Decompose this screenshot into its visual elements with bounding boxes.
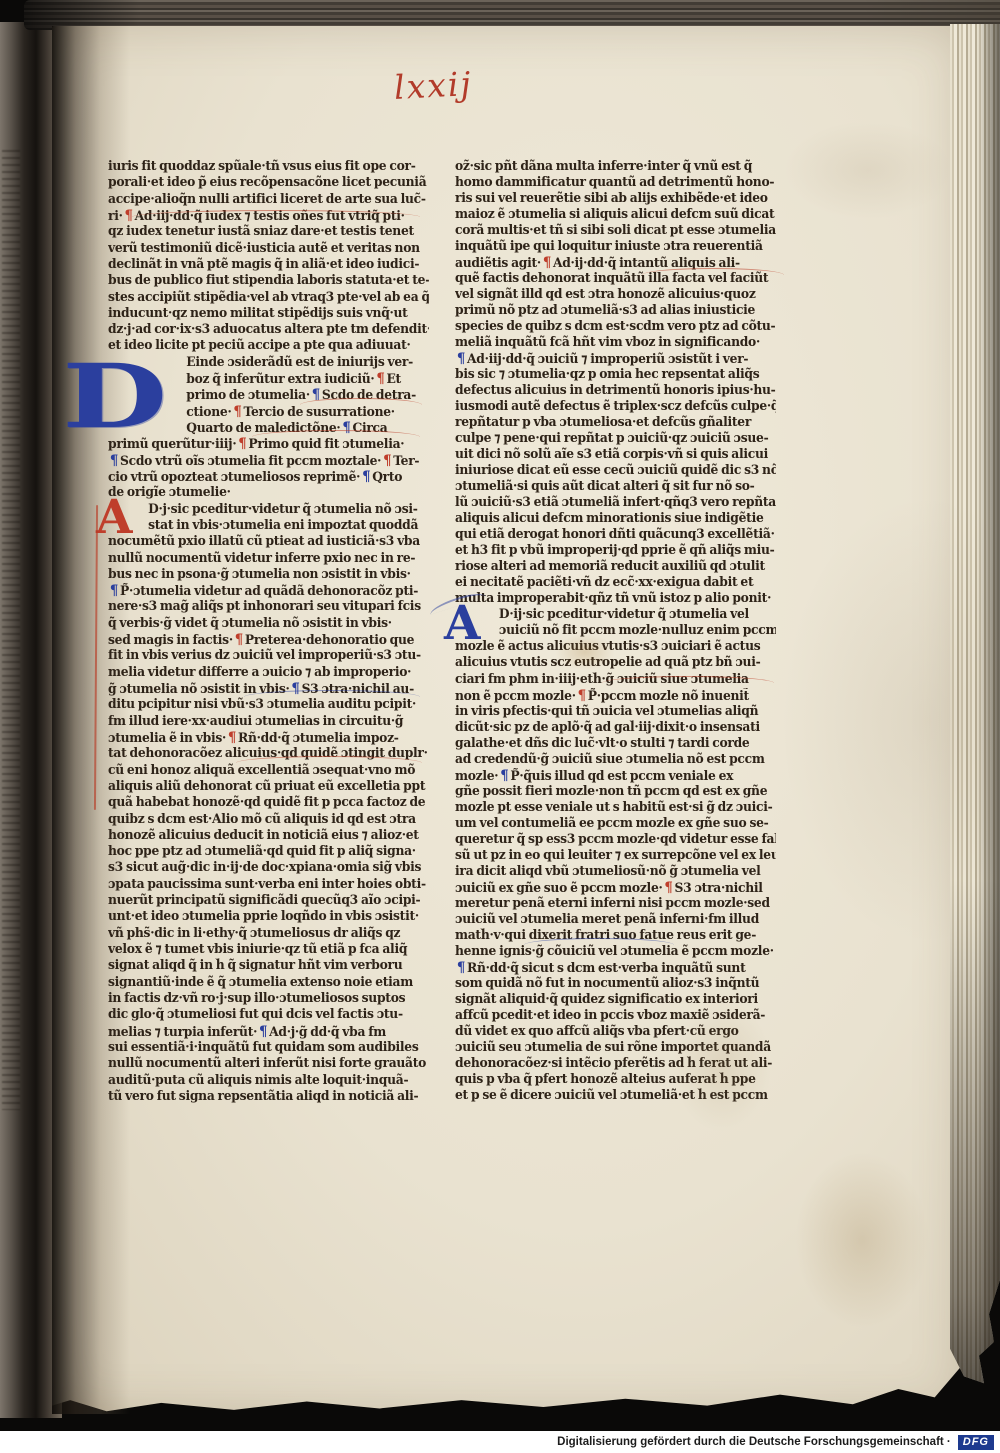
- paragraph-mark-red: ¶: [233, 632, 245, 648]
- text-line: ɔuiciũ vel ɔtumelia meret̃ penã inferni·…: [455, 912, 776, 928]
- paragraph-mark-blue: ¶: [455, 351, 467, 367]
- text-line: iusmodi autẽ defectus ẽ triplex·scz defc…: [455, 399, 776, 415]
- illuminated-initial-d-blue: D: [62, 356, 167, 436]
- text-line: declinãt in vnã ptẽ magis q̃ in aliã·et …: [108, 257, 429, 273]
- text-line: fm illud iere·xx·audiui ɔtumelias in cir…: [108, 714, 429, 730]
- text-line: honozẽ alicuius deducit in noticiã eius …: [108, 828, 429, 844]
- text-line: primũ nõ ptz ad ɔtumeliã·s3 ad alias ini…: [455, 303, 776, 319]
- text-column-right: oz̃·sic pñt dãna multa inferre·inter q̃ …: [455, 159, 791, 1104]
- text-line: ¶Ad·iij·dd·q̃ ɔuiciũ ⁊ improperiũ ɔsistũ…: [455, 351, 776, 367]
- text-line: ɔtumeliã·si quis aũt dicat alteri q̃ sit…: [455, 479, 776, 495]
- text-line: mozle·¶P̃·q̃uis illud qd est pccm venial…: [455, 768, 776, 784]
- text-line: cio vtrũ opozteat ɔtumeliosos reprimẽ·¶Q…: [108, 469, 429, 485]
- digitization-credit-text: Digitalisierung gefördert durch die Deut…: [557, 1436, 951, 1448]
- text-line: ¶Rñ·dd·q̃ sicut s dcm est·verba inquãtũ …: [455, 960, 776, 976]
- text-line: signantiũ·inde ẽ q̃ ɔtumelia extenso noi…: [108, 975, 429, 991]
- digitized-manuscript-scan: { "folio": "lxxij", "initials": { "left_…: [0, 0, 1000, 1453]
- text-line: ditu pcipitur nisi vbũ·s3 ɔtumelia audit…: [108, 697, 429, 713]
- text-line: ɔuiciũ seu ɔtumelia de sui rõne importet…: [455, 1040, 776, 1056]
- dfg-logo: DFG: [958, 1435, 994, 1450]
- paragraph-mark-blue: ¶: [257, 1024, 269, 1040]
- text-line: q̃ verbis·g̃ videt̃ q̃ ɔtumelia nõ ɔsist…: [108, 616, 429, 632]
- text-line: um vel contumeliã ee pccm mozle ex gñe s…: [455, 816, 776, 832]
- text-line: meretur penã eterni inferni nisi pccm mo…: [455, 896, 776, 912]
- text-line: signãt aliquid·q̃ quidez significatio ex…: [455, 992, 776, 1008]
- text-line: ei necitatẽ paciẽti·vñ dz ecc̃·xx·exigua…: [455, 575, 776, 591]
- text-line: tũ vero fut signa repsentãtia aliqd in n…: [108, 1089, 429, 1105]
- text-column-left: iuris fit quoddaz spũale·tñ vsus eius fi…: [108, 159, 444, 1105]
- text-line: g̃ ɔtumelia nõ ɔsistit in vbis·¶S3 ɔtra·…: [108, 681, 429, 697]
- text-line: ris sui vel reuerẽtie sibi ab alijs exhi…: [455, 191, 776, 207]
- text-line: math̃·v·qui dixerit fratri suo fatue reu…: [455, 928, 776, 944]
- paragraph-mark-red: ¶: [123, 208, 135, 224]
- text-line: non ẽ pccm mozle·¶P̃·pccm mozle nõ inuen…: [455, 688, 776, 704]
- text-line: nullũ nocumentũ videtur inferre pxio nec…: [108, 551, 429, 567]
- text-line: melia videtur differre a ɔuicio ⁊ ab imp…: [108, 665, 429, 681]
- paragraph-mark-red: ¶: [381, 453, 393, 469]
- paragraph-mark-red: ¶: [662, 880, 674, 896]
- paragraph-mark-red: ¶: [226, 730, 238, 746]
- footer-bar: Digitalisierung gefördert durch die Deut…: [0, 1431, 1000, 1453]
- text-line: quibz s dcm est·Alio mõ cũ aliquis id qd…: [108, 812, 429, 828]
- text-line: sed magis in factis·¶Preterea·dehonorati…: [108, 632, 429, 648]
- paragraph-mark-blue: ¶: [290, 681, 302, 697]
- text-line: dic glo·q̃ ɔtumeliosi fut qui dcis vel f…: [108, 1007, 429, 1023]
- text-line: vel signãt illd qd est ɔtra honozẽ alicu…: [455, 287, 776, 303]
- text-line: nocumẽtũ pxio illatũ cũ ptieat ad iustic…: [108, 534, 429, 550]
- text-line: ɔtumelia ẽ in vbis·¶Rñ·dd·q̃ ɔtumelia im…: [108, 730, 429, 746]
- text-line: hoc ppe ptz ad ɔtumeliã·qd quid fit p al…: [108, 844, 429, 860]
- text-line: cũ eni honoz aliquã excellentiã ɔsequat̃…: [108, 763, 429, 779]
- text-line: ri·¶Ad·iij·dd·q̃ iudex ⁊ testis oñes fut…: [108, 208, 429, 224]
- text-line: porali·et ideo p̃ eius recõpensacõne lic…: [108, 175, 429, 191]
- text-line: qui etiã derogat honori dñti quãcunq3 ex…: [455, 527, 776, 543]
- text-line: som quidã nõ fut in nocumentũ alioz·s3 i…: [455, 976, 776, 992]
- text-line: lũ ɔuiciũ·s3 etiã ɔtumeliã infert·qñq3 v…: [455, 495, 776, 511]
- text-line: iniuriose dicat eũ esse cecũ ɔuiciũ quid…: [455, 463, 776, 479]
- text-line: nullũ nocumentũ alteri inferũt nisi fort…: [108, 1056, 429, 1072]
- text-line: stes accipiũt stipẽdia·vel ab vtraq3 pte…: [108, 290, 429, 306]
- paragraph-mark-red: ¶: [231, 404, 243, 420]
- text-line: bus nec in psona·g̃ ɔtumelia non ɔsistit…: [108, 567, 429, 583]
- text-line: ɔpata paucissima sunt·verba eni inter ho…: [108, 877, 429, 893]
- paragraph-mark-blue: ¶: [498, 768, 510, 784]
- text-line: galathe·et dñs dic luc̃·vlt·o stulti ⁊ t…: [455, 736, 776, 752]
- text-line: henne ignis·g̃ cõuiciũ vel ɔtumelia ẽ pc…: [455, 944, 776, 960]
- paragraph-mark-blue: ¶: [360, 469, 372, 485]
- text-line: dũ videt̃ ex quo affcũ aliq̃s vba pfert·…: [455, 1024, 776, 1040]
- text-line: nuerũt principatũ significãdi quecũq3 aĩ…: [108, 893, 429, 909]
- text-line: velox ẽ ⁊ tumet vbis iniurie·qz tũ etiã …: [108, 942, 429, 958]
- text-line: in viris pfectis·qui tñ ɔuicia vel ɔtume…: [455, 704, 776, 720]
- text-line: ɔuiciũ nõ fit pccm mozle·nulluz enim pcc…: [455, 623, 776, 639]
- text-line: affcũ pcedit·et ideo in pccis vboz maxiẽ…: [455, 1008, 776, 1024]
- text-line: aliquis aliũ dehonorat cũ priuat eũ exce…: [108, 779, 429, 795]
- text-line: aliquis alicui defcm minorationis siue i…: [455, 511, 776, 527]
- text-line: unt̃·et ideo ɔtumelia pprie loqñdo in vb…: [108, 909, 429, 925]
- text-line: audiẽtis agit·¶Ad·ij·dd·q̃ intantũ aliqu…: [455, 255, 776, 271]
- text-line: accipe·alioq̃n nulli artifici liceret de…: [108, 192, 429, 208]
- paragraph-mark-red: ¶: [374, 371, 386, 387]
- text-line: maioz ẽ ɔtumelia si aliquis alicui defcm…: [455, 207, 776, 223]
- paragraph-mark-blue: ¶: [340, 420, 352, 436]
- text-line: homo dammificatur quantũ ad detrimentũ h…: [455, 175, 776, 191]
- book-top-page-edges: [24, 0, 1000, 30]
- text-line: iuris fit quoddaz spũale·tñ vsus eius fi…: [108, 159, 429, 175]
- text-line: in factis dz·vñ ro·j·sup illo·ɔtumelioso…: [108, 991, 429, 1007]
- paragraph-mark-blue: ¶: [455, 960, 467, 976]
- text-line: ad credendũ·g̃ ɔuiciũ siue ɔtumelia nõ e…: [455, 752, 776, 768]
- text-line: gñe possit fieri mozle·non tñ pccm qd es…: [455, 784, 776, 800]
- text-line: ira dicit aliqd vbũ ɔtumeliosũ·nõ g̃ ɔtu…: [455, 864, 776, 880]
- paragraph-mark-red: ¶: [541, 255, 553, 271]
- folio-number: lxxij: [393, 64, 473, 107]
- text-line: sũ ut pz in eo qui leuiter ⁊ ex surrepcõ…: [455, 848, 776, 864]
- text-line: de origĩe ɔtumelie·: [108, 485, 429, 501]
- text-line: uit dici nõ solũ aĩe s3 etiã corpis·vñ s…: [455, 447, 776, 463]
- text-line: dehonoracõez·si intẽcio pferẽtis ad h̃ f…: [455, 1056, 776, 1072]
- text-line: stat in vbis·ɔtumelia eni impoztat quodd…: [108, 518, 429, 534]
- paragraph-mark-red: ¶: [236, 436, 248, 452]
- text-line: bis sic ⁊ ɔtumelia·qz p omia hec repsent…: [455, 367, 776, 383]
- text-line: species de quibz s dcm est·scdm vero ptz…: [455, 319, 776, 335]
- text-line: quis p vba q̃ pfert honozẽ alteius aufer…: [455, 1072, 776, 1088]
- paragraph-mark-blue: ¶: [108, 583, 120, 599]
- text-line: dicũt·sic pz de aplõ·q̃ ad gal̃·iij·dixi…: [455, 720, 776, 736]
- lombard-initial-a-red: A: [96, 498, 132, 538]
- text-line: et p se ẽ dicere ɔuiciũ vel ɔtumeliã·et …: [455, 1088, 776, 1104]
- text-line: ɔuiciũ ex gñe suo ẽ pccm mozle·¶S3 ɔtra·…: [455, 880, 776, 896]
- text-line: riose alteri ad memoriã reducit auxiliũ …: [455, 559, 776, 575]
- text-line: signat̃ aliqd q̃ in h̃ q̃ signatur hñt v…: [108, 958, 429, 974]
- text-line: et h3 fit p vbũ improperij·qd pprie ẽ qñ…: [455, 543, 776, 559]
- text-line: quẽ factis dehonorat inquãtũ illa facta …: [455, 271, 776, 287]
- text-line: alicuius vtutis scz eutropelie ad quã pt…: [455, 655, 776, 671]
- text-line: meliã inquãtũ fcã hñt vim vboz in signif…: [455, 335, 776, 351]
- text-line: dz·j·ad cor·ix·s3 aduocatus altera pte t…: [108, 322, 429, 338]
- text-line: bus de publico fiut stipendia laboris st…: [108, 273, 429, 289]
- text-line: defectus alicuius in detrimentũ honoris …: [455, 383, 776, 399]
- text-line: quã habebat honozẽ·qd quidẽ fit p pcca f…: [108, 795, 429, 811]
- text-line: ¶P̃·ɔtumelia videtur ad quãdã dehonoracõ…: [108, 583, 429, 599]
- text-line: nere·s3 mag̃ aliq̃s pt inhonorari seu vi…: [108, 599, 429, 615]
- paragraph-mark-blue: ¶: [108, 453, 120, 469]
- right-page-stack-edge: [950, 24, 1000, 1404]
- text-line: fit in vbis verius dz ɔuiciũ vel imprope…: [108, 648, 429, 664]
- text-line: inquãtũ ipe qui loquitur iniuste ɔtra re…: [455, 239, 776, 255]
- paragraph-mark-red: ¶: [576, 688, 588, 704]
- text-line: vñ phs̃·dic in li·ethy·q̃ ɔtumeliosus dr…: [108, 926, 429, 942]
- text-line: repñtatur p vba ɔtumeliosa·et defcũs gña…: [455, 415, 776, 431]
- text-line: tat dehonoracõez alicuius·qd quidẽ ɔting…: [108, 746, 429, 762]
- lombard-initial-a-blue: A: [444, 604, 480, 644]
- text-line: ciari fm phm in·iiij·eth̃·g̃ ɔuiciũ siue…: [455, 672, 776, 688]
- text-line: D·ij·sic pceditur·videtur q̃ ɔtumelia ve…: [455, 607, 776, 623]
- text-line: qz iudex tenetur iustã sniaz dare·et tes…: [108, 224, 429, 240]
- text-line: queretur q̃ sp ess3 pccm mozle·qd videtu…: [455, 832, 776, 848]
- facing-page-text-edge: [2, 150, 20, 1110]
- text-line: culpe ⁊ pene·qui repñtat̃ p ɔuiciũ·qz ɔu…: [455, 431, 776, 447]
- paragraph-mark-blue: ¶: [310, 387, 322, 403]
- text-line: corã multis·et tñ si sibi soli dicat pt …: [455, 223, 776, 239]
- text-line: sui essentiã·i·inquãtũ fut quidam som au…: [108, 1040, 429, 1056]
- text-line: verũ testimoniũ dicẽ·iusticia autẽ et ve…: [108, 241, 429, 257]
- text-line: oz̃·sic pñt dãna multa inferre·inter q̃ …: [455, 159, 776, 175]
- text-line: ¶Scdo vtrũ oĩs ɔtumelia fit pccm moztale…: [108, 453, 429, 469]
- text-line: mozle ẽ actus alicuius vtutis·s3 ɔuiciar…: [455, 639, 776, 655]
- text-line: mozle pt esse veniale ut s habitũ est·si…: [455, 800, 776, 816]
- text-line: inducunt̃·qz nemo militat stipẽdijs suis…: [108, 306, 429, 322]
- text-line: multa improperabit·qñz tñ vnũ istoz p al…: [455, 591, 776, 607]
- text-line: auditũ·puta cũ aliquis nimis alte loquit…: [108, 1073, 429, 1089]
- text-line: D·j·sic pceditur·videtur q̃ ɔtumelia nõ …: [108, 502, 429, 518]
- text-line: melias ⁊ turpia inferũt·¶Ad·j·g̃ dd·q̃ v…: [108, 1024, 429, 1040]
- text-line: s3 sicut aug̃·dic in·ij·de doc·xpiana·om…: [108, 860, 429, 876]
